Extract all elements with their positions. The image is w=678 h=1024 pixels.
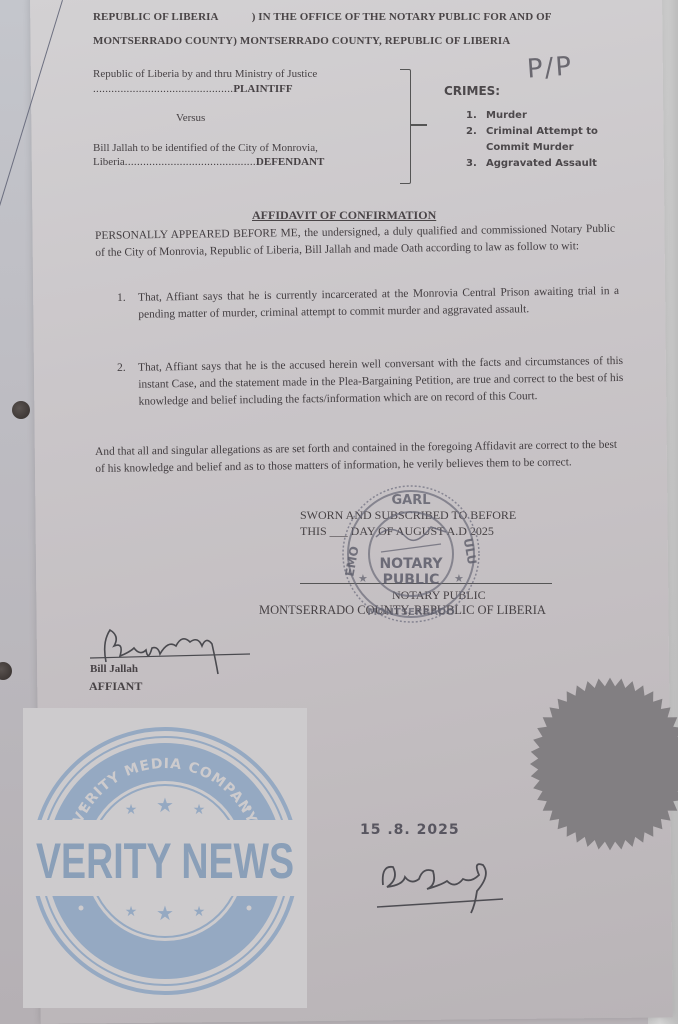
svg-text:★: ★ [193,803,206,818]
punch-hole-top [12,401,30,419]
defendant-dots: ........................................… [125,156,256,168]
svg-text:★: ★ [358,572,368,585]
defendant-label: DEFENDANT [256,156,324,168]
clause-number: 1. [117,290,126,307]
intro-lead: PERSONALLY APPEARED BEFORE ME, [95,227,301,242]
caption-bracket-tick [411,124,427,126]
clause-text: That, Affiant says that he is currently … [138,283,619,324]
clause-number: 2. [117,360,126,377]
header-office: ) IN THE OFFICE OF THE NOTARY PUBLIC FOR… [252,11,552,23]
plaintiff-dots: ........................................… [93,83,233,95]
plaintiff-line: Republic of Liberia by and thru Ministry… [93,68,317,80]
crime-label: Murder [486,110,527,121]
seal-top-text: GARL [391,493,430,508]
defendant-liberia: Liberia [93,156,125,168]
clause-2: 2. That, Affiant says that he is the acc… [117,353,624,411]
crime-item-2-cont: Commit Murder [466,142,598,158]
closing-paragraph: And that all and singular allegations as… [95,437,617,478]
second-signature [375,855,515,920]
crime-label: Aggravated Assault [486,158,597,169]
svg-text:★: ★ [125,905,138,920]
handwritten-pp-note: P/P [526,51,574,84]
svg-text:★: ★ [156,795,174,817]
defendant-row: Liberia.................................… [93,156,324,168]
crime-num: 1. [466,110,486,121]
handwritten-date: 15 .8. 2025 [360,822,460,838]
versus-label: Versus [176,112,205,124]
crimes-title: CRIMES: [444,84,500,98]
plaintiff-label: PLAINTIFF [233,83,292,95]
crime-item-3: 3.Aggravated Assault [466,158,598,174]
header-line-1: REPUBLIC OF LIBERIA ) IN THE OFFICE OF T… [93,11,552,23]
seal-center-notary: NOTARY [379,556,443,572]
svg-text:★: ★ [193,905,206,920]
crime-label: Commit Murder [486,142,574,153]
svg-text:★: ★ [125,803,138,818]
clause-1: 1. That, Affiant says that he is current… [117,283,619,324]
crime-num: 3. [466,158,486,169]
crimes-list: 1.Murder 2.Criminal Attempt to Commit Mu… [466,110,598,174]
svg-text:★: ★ [454,572,464,585]
crime-item-1: 1.Murder [466,110,598,126]
document-title: AFFIDAVIT OF CONFIRMATION [252,208,436,223]
caption-bracket [400,69,411,184]
watermark-main-text: VERITY NEWS [36,833,294,889]
clause-text: That, Affiant says that he is the accuse… [138,353,624,411]
verity-news-logo: VERITY MEDIA COMPANY MONROVIA, LIBERIA V… [23,708,307,1008]
affiant-label: AFFIANT [89,679,142,694]
watermark-panel: VERITY MEDIA COMPANY MONROVIA, LIBERIA V… [23,708,307,1008]
embossed-seal [528,672,678,857]
seal-bottom-text: MONTSERRADO [367,607,455,618]
intro-paragraph: PERSONALLY APPEARED BEFORE ME, the under… [95,221,615,262]
affiant-name: Bill Jallah [90,663,138,675]
crime-num: 2. [466,126,486,137]
crime-label: Criminal Attempt to [486,126,598,137]
svg-text:★: ★ [156,903,174,925]
defendant-line-1: Bill Jallah to be identified of the City… [93,142,318,154]
seal-right-text: ULU [461,537,479,566]
plaintiff-row: ........................................… [93,83,293,95]
header-republic: REPUBLIC OF LIBERIA [93,11,218,23]
seal-center-public: PUBLIC [383,572,440,588]
header-line-2: MONTSERRADO COUNTY) MONTSERRADO COUNTY, … [93,35,510,47]
crime-item-2: 2.Criminal Attempt to [466,126,598,142]
notary-seal-stamp: GARL EMO ULU NOTARY PUBLIC MONTSERRADO ★… [336,482,486,627]
